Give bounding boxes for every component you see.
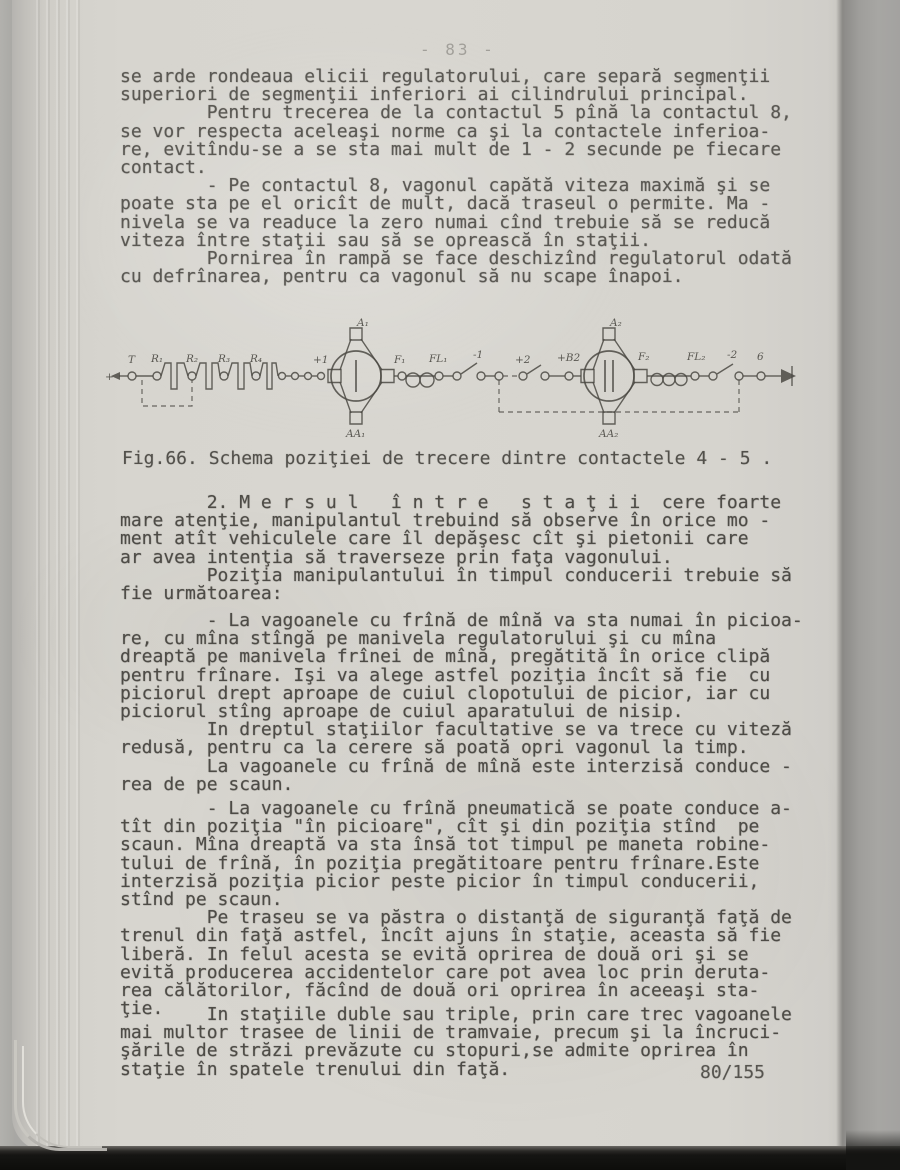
contact (519, 372, 527, 380)
contact (220, 372, 228, 380)
coil (675, 374, 687, 386)
contact (565, 372, 573, 380)
contact (128, 372, 136, 380)
contact (735, 372, 743, 380)
contact (188, 372, 196, 380)
terminal-a1-box (350, 328, 362, 340)
fl1-label: FL₁ (428, 353, 447, 365)
switch-blade (527, 365, 541, 374)
contact (709, 372, 717, 380)
text-line: dreaptă pe manivela frînei de mînă, preg… (120, 648, 803, 666)
terminal-aa1-label: AA₁ (345, 428, 365, 440)
f1-label: F₁ (393, 354, 406, 366)
text-line: staţie în spatele trenului din faţă. (120, 1061, 792, 1079)
fl2-label: FL₂ (686, 351, 705, 363)
text-line: re, evitîndu-se a se sta mai mult de 1 -… (120, 141, 792, 159)
terminal-aa2-box (603, 412, 615, 424)
contact (292, 373, 299, 380)
resistor (228, 363, 252, 389)
text-line: fie următoarea: (120, 585, 792, 603)
switch-blade (461, 363, 477, 374)
terminal-a1-label: A₁ (356, 318, 369, 329)
f2-label: F₂ (637, 351, 650, 363)
resistor-r2-label: R₂ (185, 353, 198, 365)
header-page-number: - 83 - (420, 40, 496, 59)
contact (153, 372, 161, 380)
junction-contact (495, 372, 503, 380)
coil (663, 374, 675, 386)
resistor-r1-label: R₁ (150, 353, 163, 365)
coil (651, 374, 663, 386)
text-line: şările de străzi prevăzute cu stopuri,se… (120, 1042, 792, 1060)
contact (453, 372, 461, 380)
plus2-label: +2 (515, 354, 531, 366)
contact (279, 373, 286, 380)
motor-2 (584, 351, 634, 401)
footer-page-ref: 80/155 (700, 1062, 765, 1083)
scan-black-band (0, 1146, 900, 1170)
terminal-a2-box (603, 328, 615, 340)
resistor (196, 363, 220, 389)
plus-label: + (105, 371, 114, 383)
paragraph-block-2d: In staţiile duble sau triple, prin care … (120, 1006, 792, 1079)
contact (477, 372, 485, 380)
right-arrowhead (781, 369, 796, 383)
dashed-shunt (142, 380, 192, 406)
contact (435, 372, 443, 380)
page-gutter-streaks (36, 0, 80, 1148)
contact (252, 372, 260, 380)
text-line: La vagoanele cu frînă de mînă este inter… (120, 758, 803, 776)
fig66-circuit-diagram: + T R₁ R₂ R₃ R₄ +1 (105, 318, 805, 442)
scanned-document-page: - 83 - se arde rondeaua elicii regulator… (0, 0, 900, 1170)
contact (398, 372, 406, 380)
terminal-box (328, 370, 341, 383)
resistor-r4-label: R₄ (249, 353, 262, 365)
contact (757, 372, 765, 380)
text-line: Pentru trecerea de la contactul 5 pînă l… (120, 104, 792, 122)
terminal-box (381, 370, 394, 383)
scanner-right-strip (846, 0, 900, 1150)
text-line: cu defrînarea, pentru ca vagonul să nu s… (120, 268, 792, 286)
text-line: nivela se va readuce la zero numai cînd … (120, 214, 792, 232)
resistor (260, 363, 278, 389)
scan-black-corner (846, 1130, 900, 1170)
text-line: rea de pe scaun. (120, 776, 803, 794)
figure-caption: Fig.66. Schema poziţiei de trecere dintr… (122, 448, 772, 469)
paragraph-block-2a: 2. M e r s u l î n t r e s t a ţ i i cer… (120, 494, 792, 603)
six-label: 6 (757, 351, 764, 363)
paragraph-block-2b: - La vagoanele cu frînă de mînă va sta n… (120, 612, 803, 794)
text-line: liberă. In felul acesta se evită oprirea… (120, 946, 792, 964)
text-line: poate sta pe el oricît de mult, dacă tra… (120, 195, 792, 213)
terminal-aa2-label: AA₂ (598, 428, 618, 440)
terminal-aa1-box (350, 412, 362, 424)
contact (318, 373, 325, 380)
contact-t-label: T (128, 354, 136, 366)
text-line: ment atît vehiculele care îl depăşesc cî… (120, 530, 792, 548)
plusb2-label: +B2 (557, 352, 581, 364)
terminal-box (581, 370, 594, 383)
text-line: scaun. Mîna dreaptă va sta însă tot timp… (120, 836, 792, 854)
coil (406, 373, 420, 387)
contact (541, 372, 549, 380)
plus1-label: +1 (313, 354, 328, 366)
text-line: redusă, pentru ca la cerere să poată opr… (120, 739, 803, 757)
switch-blade (717, 364, 733, 374)
minus2-label: -2 (727, 349, 738, 361)
terminal-a2-label: A₂ (609, 318, 622, 329)
text-line: trenul din faţă astfel, încît ajuns în s… (120, 927, 792, 945)
paragraph-block-1: se arde rondeaua elicii regulatorului, c… (120, 68, 792, 286)
resistor (161, 363, 188, 389)
contact (691, 372, 699, 380)
contact (305, 373, 312, 380)
coil (420, 373, 434, 387)
terminal-box (634, 370, 647, 383)
resistor-r3-label: R₃ (217, 353, 230, 365)
text-line: rea călătorilor, făcînd de două ori opri… (120, 982, 792, 1000)
minus1-label: -1 (473, 349, 483, 361)
paragraph-block-2c: - La vagoanele cu frînă pneumatică se po… (120, 800, 792, 1018)
